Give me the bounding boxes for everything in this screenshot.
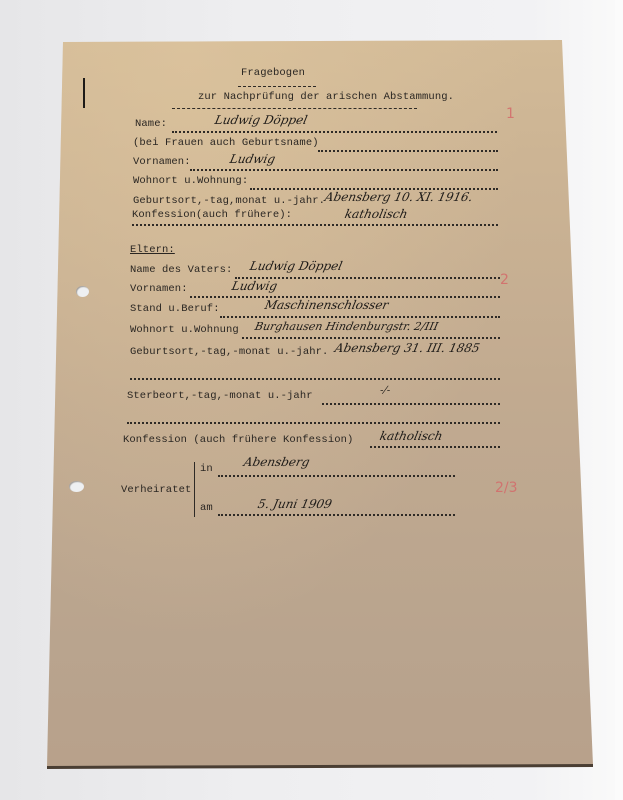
subtitle-underline — [172, 108, 417, 109]
occupation-label: Stand u.Beruf: — [130, 303, 220, 315]
paper-bottom-edge — [47, 764, 593, 769]
death-field-line — [322, 403, 500, 405]
document-subtitle: zur Nachprüfung der arischen Abstammung. — [198, 91, 454, 103]
birth-label: Geburtsort,-tag,monat u.-jahr. — [133, 195, 325, 207]
red-annotation-2: 2 — [500, 272, 509, 288]
married-in-label: in — [200, 463, 213, 475]
married-on-label: am — [200, 502, 213, 514]
first-names-label: Vornamen: — [133, 156, 191, 168]
name-field-line — [172, 131, 497, 133]
death-label: Sterbeort,-tag,-monat u.-jahr — [127, 390, 313, 402]
name-value: Ludwig Döppel — [214, 113, 309, 127]
margin-mark — [83, 78, 85, 108]
confession-value: katholisch — [344, 207, 409, 221]
first-names-field-line — [190, 169, 498, 171]
maiden-name-field-line — [318, 150, 498, 152]
father-birth-extra-line — [130, 378, 500, 380]
red-annotation-1: 1 — [506, 106, 515, 122]
married-in-value: Abensberg — [243, 455, 312, 469]
father-confession-field-line — [370, 446, 500, 448]
father-birth-label: Geburtsort,-tag,-monat u.-jahr. — [130, 346, 328, 358]
father-residence-field-line — [242, 337, 500, 339]
residence-label: Wohnort u.Wohnung: — [133, 175, 248, 187]
father-first-names-value: Ludwig — [231, 279, 279, 293]
punch-hole-top — [76, 286, 89, 297]
confession-label: Konfession(auch frühere): — [132, 209, 292, 221]
married-label: Verheiratet — [121, 484, 191, 496]
red-annotation-3: 2/3 — [495, 480, 518, 496]
background-strip — [615, 0, 623, 800]
occupation-field-line — [220, 316, 500, 318]
father-first-names-label: Vornamen: — [130, 283, 188, 295]
married-on-field-line — [218, 514, 455, 516]
death-extra-line — [127, 422, 500, 424]
father-name-label: Name des Vaters: — [130, 264, 232, 276]
father-residence-label: Wohnort u.Wohnung — [130, 324, 239, 336]
name-label: Name: — [135, 118, 167, 130]
first-names-value: Ludwig — [229, 152, 277, 166]
father-birth-value: Abensberg 31. III. 1885 — [334, 341, 482, 355]
parents-heading: Eltern: — [130, 244, 175, 256]
confession-field-line — [132, 224, 498, 226]
maiden-name-label: (bei Frauen auch Geburtsname) — [133, 137, 319, 149]
father-residence-value: Burghausen Hindenburgstr. 2/III — [254, 320, 440, 333]
father-name-value: Ludwig Döppel — [249, 259, 344, 273]
birth-value: Abensberg 10. XI. 1916. — [324, 190, 474, 204]
father-confession-label: Konfession (auch frühere Konfession) — [123, 434, 353, 446]
occupation-value: Maschinenschlosser — [264, 298, 390, 312]
punch-hole-bottom — [69, 481, 84, 492]
title-underline — [238, 86, 316, 87]
document-title: Fragebogen — [241, 67, 305, 79]
married-on-value: 5. Juni 1909 — [257, 497, 334, 511]
father-confession-value: katholisch — [379, 429, 444, 443]
married-in-field-line — [218, 475, 455, 477]
